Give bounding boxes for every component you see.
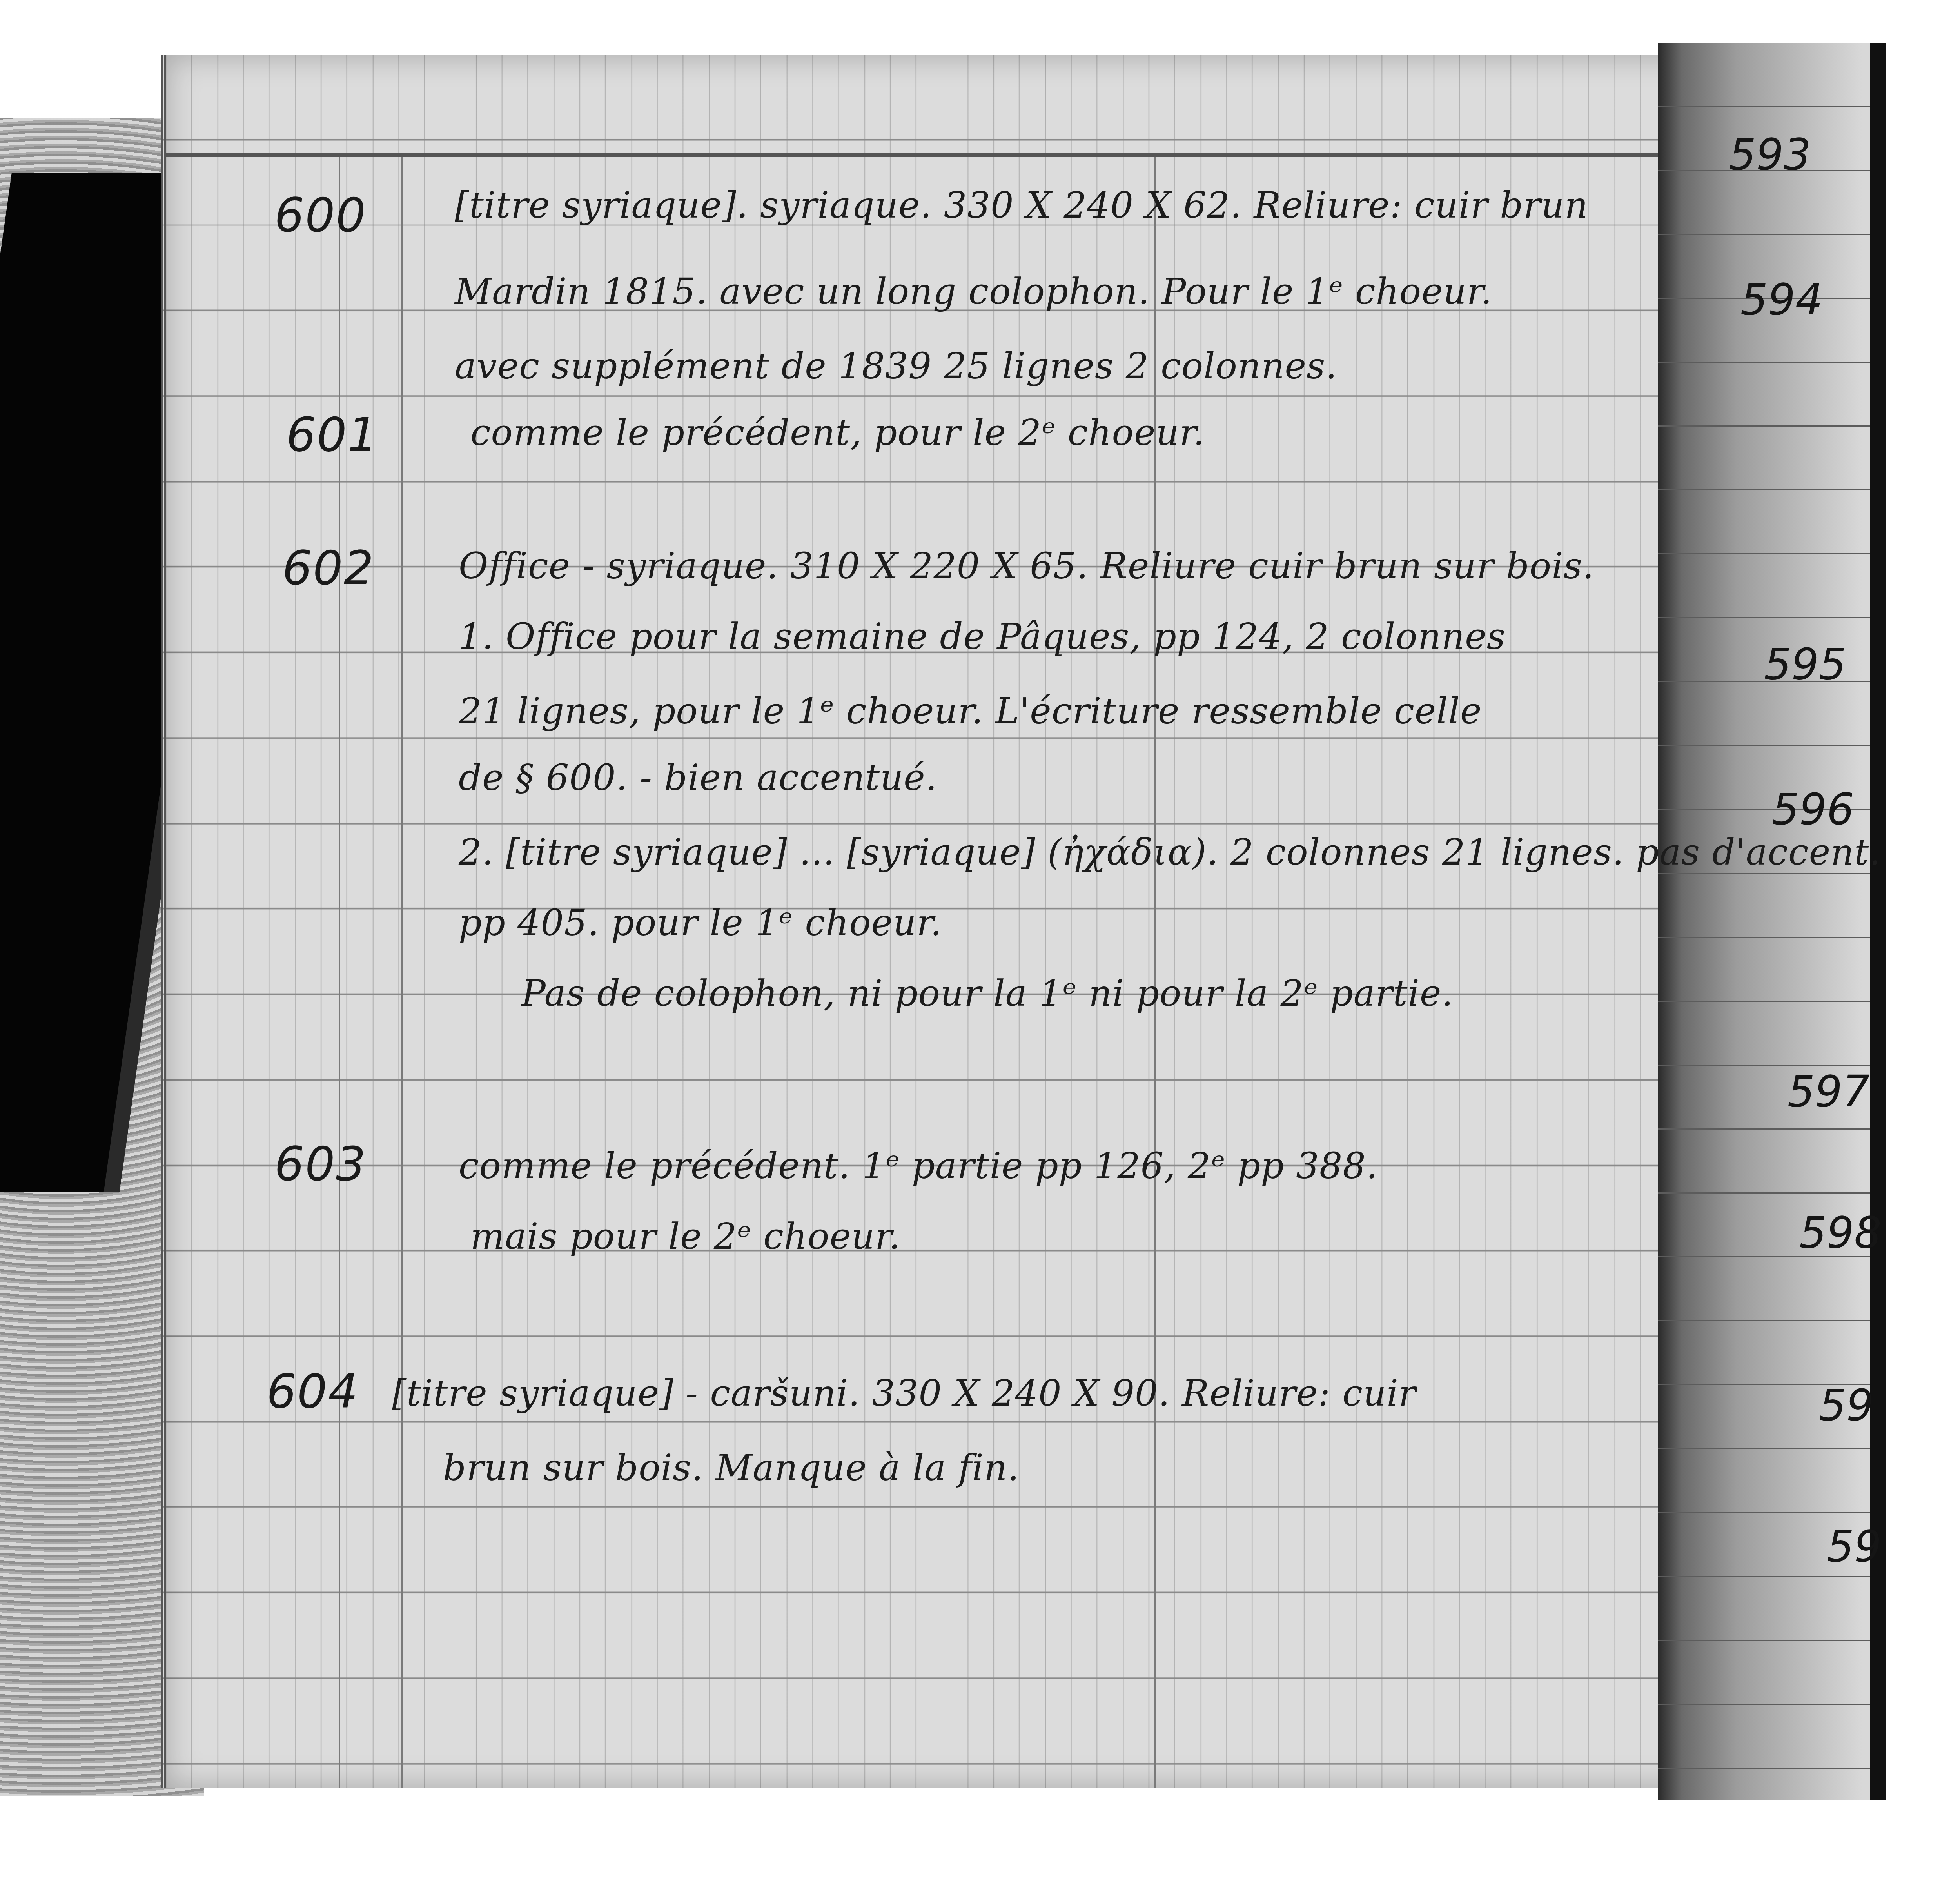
entry-line: comme le précédent. 1ᵉ partie pp 126, 2ᵉ… <box>459 1145 1378 1187</box>
entry-line: 2. [titre syriaque] ... [syriaque] (ἠχάδ… <box>459 831 1881 873</box>
entry-line: de § 600. - bien accentué. <box>459 757 937 799</box>
entry-line: [titre syriaque] - caršuni. 330 X 240 X … <box>392 1372 1416 1414</box>
entry-number: 604 <box>267 1364 359 1419</box>
facing-page-number: 594 <box>1740 274 1823 325</box>
facing-page-number: 59 <box>1819 1380 1874 1430</box>
column-rule <box>401 157 403 1788</box>
facing-page-number: 598 <box>1799 1208 1882 1258</box>
entry-line: Pas de colophon, ni pour la 1ᵉ ni pour l… <box>521 972 1454 1014</box>
entry-line: pp 405. pour le 1ᵉ choeur. <box>459 902 942 944</box>
header-rule <box>166 153 1719 157</box>
entry-line: [titre syriaque]. syriaque. 330 X 240 X … <box>455 184 1588 226</box>
entry-number: 600 <box>274 188 367 243</box>
facing-page-number: 595 <box>1764 639 1846 689</box>
entry-line: mais pour le 2ᵉ choeur. <box>470 1215 900 1257</box>
entry-line: brun sur bois. Manque à la fin. <box>443 1447 1019 1489</box>
facing-page-number: 596 <box>1772 784 1854 834</box>
entry-line: Office - syriaque. 310 X 220 X 65. Reliu… <box>459 545 1594 587</box>
entry-line: avec supplément de 1839 25 lignes 2 colo… <box>455 345 1337 387</box>
facing-page-number: 59 <box>1827 1521 1882 1571</box>
entry-line: 1. Office pour la semaine de Pâques, pp … <box>459 616 1506 658</box>
facing-page-number: 593 <box>1729 129 1811 180</box>
entry-number: 603 <box>274 1137 367 1192</box>
entry-line: 21 lignes, pour le 1ᵉ choeur. L'écriture… <box>459 690 1482 732</box>
facing-page-number: 597 <box>1788 1066 1870 1117</box>
entry-number: 601 <box>286 408 378 462</box>
entry-line: comme le précédent, pour le 2ᵉ choeur. <box>470 412 1205 454</box>
entry-number: 602 <box>282 541 374 596</box>
column-rule <box>339 157 340 1788</box>
entry-line: Mardin 1815. avec un long colophon. Pour… <box>455 271 1492 312</box>
